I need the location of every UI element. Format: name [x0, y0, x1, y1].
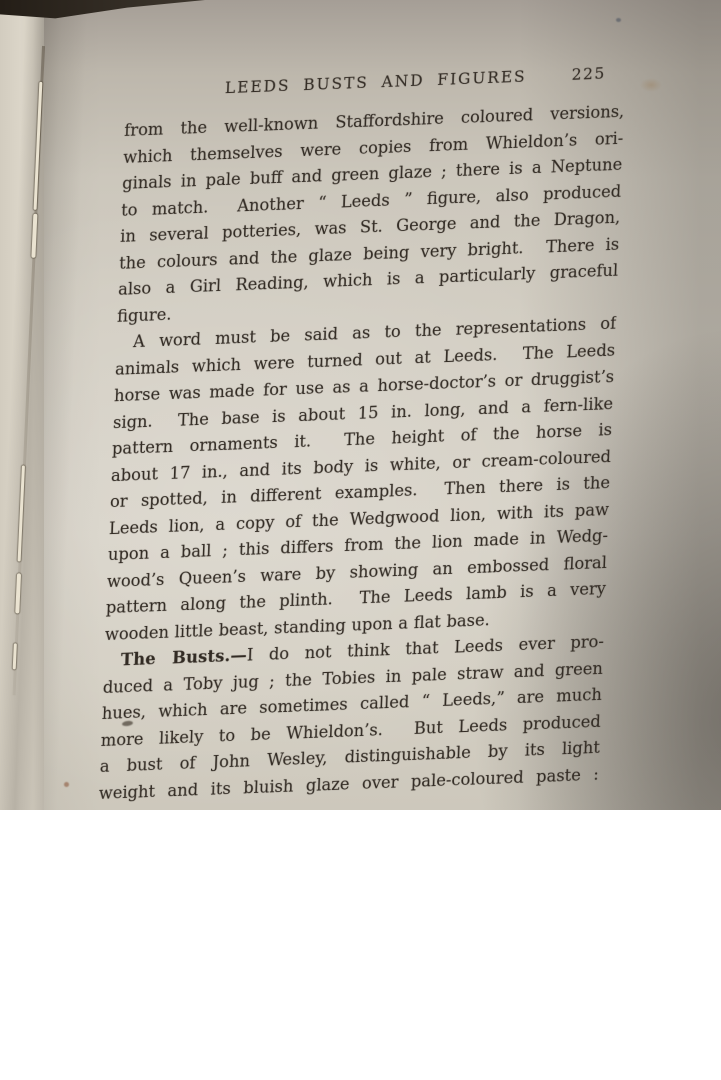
stitch-thread — [13, 643, 17, 669]
running-head: LEEDS BUSTS AND FIGURES — [125, 63, 626, 102]
page-body: from the well-known Staffordshire colour… — [98, 99, 624, 807]
page-header: LEEDS BUSTS AND FIGURES 225 — [125, 63, 626, 102]
page-speck — [64, 782, 69, 787]
book-page: LEEDS BUSTS AND FIGURES 225 from the wel… — [98, 41, 627, 807]
book-photo: LEEDS BUSTS AND FIGURES 225 from the wel… — [0, 0, 721, 810]
page-speck — [616, 18, 621, 22]
page-number: 225 — [571, 64, 606, 85]
page-stain — [640, 78, 662, 92]
photo-whitespace — [0, 810, 721, 1080]
